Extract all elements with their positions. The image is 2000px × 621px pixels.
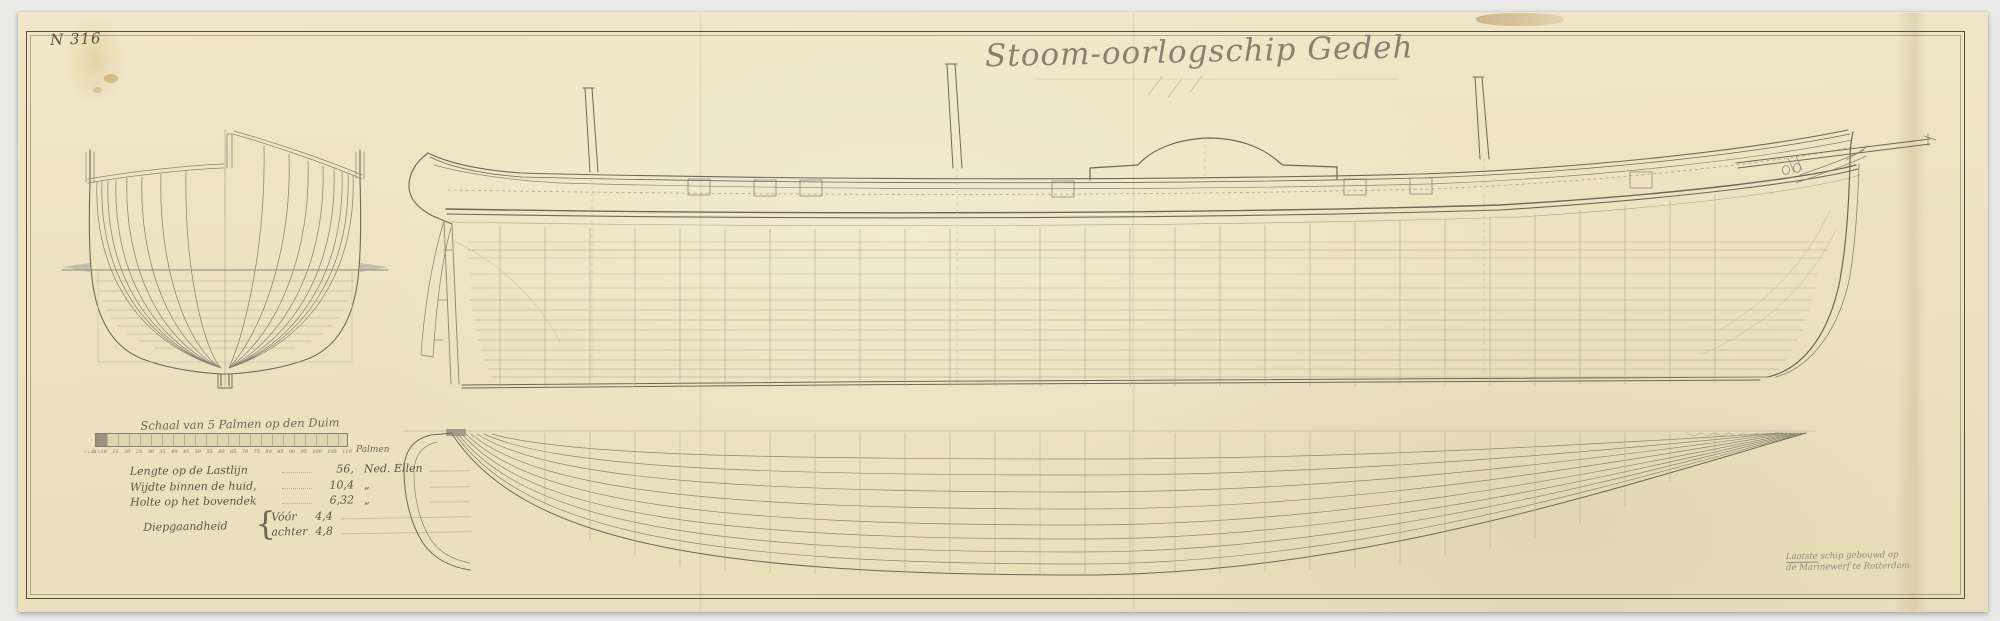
paddle-box	[1090, 138, 1337, 180]
body-lwl-wing-right	[360, 263, 388, 272]
main-mast	[945, 64, 962, 168]
hawse-hole-1	[1783, 166, 1790, 175]
scale-tick: 5	[92, 449, 95, 455]
sheer-plan	[409, 64, 1936, 388]
profile-stations	[500, 194, 1715, 380]
scale-bar	[95, 433, 348, 447]
dimension-label: Lengte op de Lastlijn	[130, 463, 282, 478]
dimension-table: Lengte op de Lastlijn 56, Ned. Ellen Wij…	[130, 461, 470, 511]
scale-tick: 25	[136, 449, 142, 455]
scale-tick: 75	[254, 449, 260, 455]
hb-stations	[545, 433, 1715, 575]
scale-tick: 110	[342, 449, 352, 455]
scale-tick: 105	[327, 449, 337, 455]
mizzen-mast	[583, 88, 598, 172]
dotted-leader	[282, 478, 312, 488]
scale-tick: 40	[171, 449, 177, 455]
scale-tick: 35	[159, 449, 165, 455]
scale-tick: 70	[242, 449, 248, 455]
dimension-value: 10,4	[312, 478, 354, 491]
body-sternpost	[227, 134, 232, 168]
dimension-unit: „	[354, 477, 430, 491]
hb-waterline-7	[477, 433, 1787, 492]
sheet-number: N 316	[50, 29, 102, 49]
dimension-unit: Ned. Ellen	[354, 462, 430, 476]
body-sections-fore	[97, 171, 221, 368]
annotation-word-underlined: Laatste	[1786, 552, 1818, 564]
scale-tick: 100	[312, 449, 322, 455]
dimension-label: Wijdte binnen de huid,	[130, 479, 282, 494]
scale-bar-first-cell	[96, 434, 107, 446]
profile-waterlines-lower	[470, 300, 1812, 377]
scale-tick: 60	[218, 449, 224, 455]
scale-tick: 85	[277, 449, 283, 455]
scale-tick: 90	[289, 449, 295, 455]
guide-line	[430, 492, 470, 502]
scale-tick: 95	[301, 449, 307, 455]
dimension-value: 6,32	[312, 493, 354, 506]
scanned-ship-plan: N 316 Stoom-oorlogschip Gedeh Schaal van…	[0, 0, 2000, 621]
guide-line	[430, 477, 470, 487]
rail-cap	[428, 130, 1848, 179]
draught-label: Diepgaandheid	[143, 519, 228, 533]
body-top-edge-left	[88, 164, 224, 183]
hb-waterline-6	[471, 433, 1791, 509]
scale-tick-labels: 5101520253035404550556065707580859095100…	[92, 449, 352, 455]
body-plan	[62, 130, 388, 388]
body-hull-outline-left	[89, 150, 221, 386]
stern-quarter-line	[452, 240, 560, 342]
draught-aft-label: achter	[271, 525, 315, 539]
body-top-edge-right	[233, 131, 362, 179]
scale-tick: 55	[206, 449, 212, 455]
draught-fore-label: Vóór	[271, 510, 315, 524]
dotted-leader	[282, 494, 312, 504]
scale-tick: 65	[230, 449, 236, 455]
keel-line	[462, 377, 1768, 388]
annotation-line-1-rest: schip gebouwd op	[1818, 550, 1899, 561]
dotted-leader	[282, 463, 312, 473]
bow-ribbands	[1700, 210, 1836, 355]
draught-aft-value: 4,8	[315, 524, 341, 537]
pencil-annotation: Laatste schip gebouwd op de Marinewerf t…	[1786, 550, 1910, 573]
profile-waterlines-upper	[468, 242, 1830, 288]
scale-tick: 10	[101, 449, 107, 455]
dimension-unit: „	[354, 493, 430, 507]
scale-tick: 30	[148, 449, 154, 455]
half-breadth-plan	[404, 429, 1815, 575]
dimension-value: 56,	[312, 462, 354, 475]
scale-tick: 20	[124, 449, 130, 455]
hb-waterline-9	[492, 433, 1779, 459]
bulwark-bottom	[434, 140, 1852, 189]
guide-line	[341, 507, 471, 519]
guide-line	[430, 461, 470, 471]
scale-unit-label: Palmen	[356, 445, 390, 455]
cutwater	[1776, 164, 1859, 377]
body-lwl-wing-left	[62, 263, 90, 272]
fore-mast	[1473, 77, 1489, 159]
scale-tick: 45	[183, 449, 189, 455]
bowsprit	[1736, 139, 1930, 168]
scale-tick: 80	[265, 449, 271, 455]
scale-tick: 50	[195, 449, 201, 455]
body-sections-aft	[229, 146, 353, 368]
draught-fore-value: 4,4	[315, 509, 341, 522]
annotation-line-2: de Marinewerf te Rotterdam	[1786, 560, 1910, 573]
guide-line	[341, 522, 471, 534]
scale-tick: 15	[112, 449, 118, 455]
